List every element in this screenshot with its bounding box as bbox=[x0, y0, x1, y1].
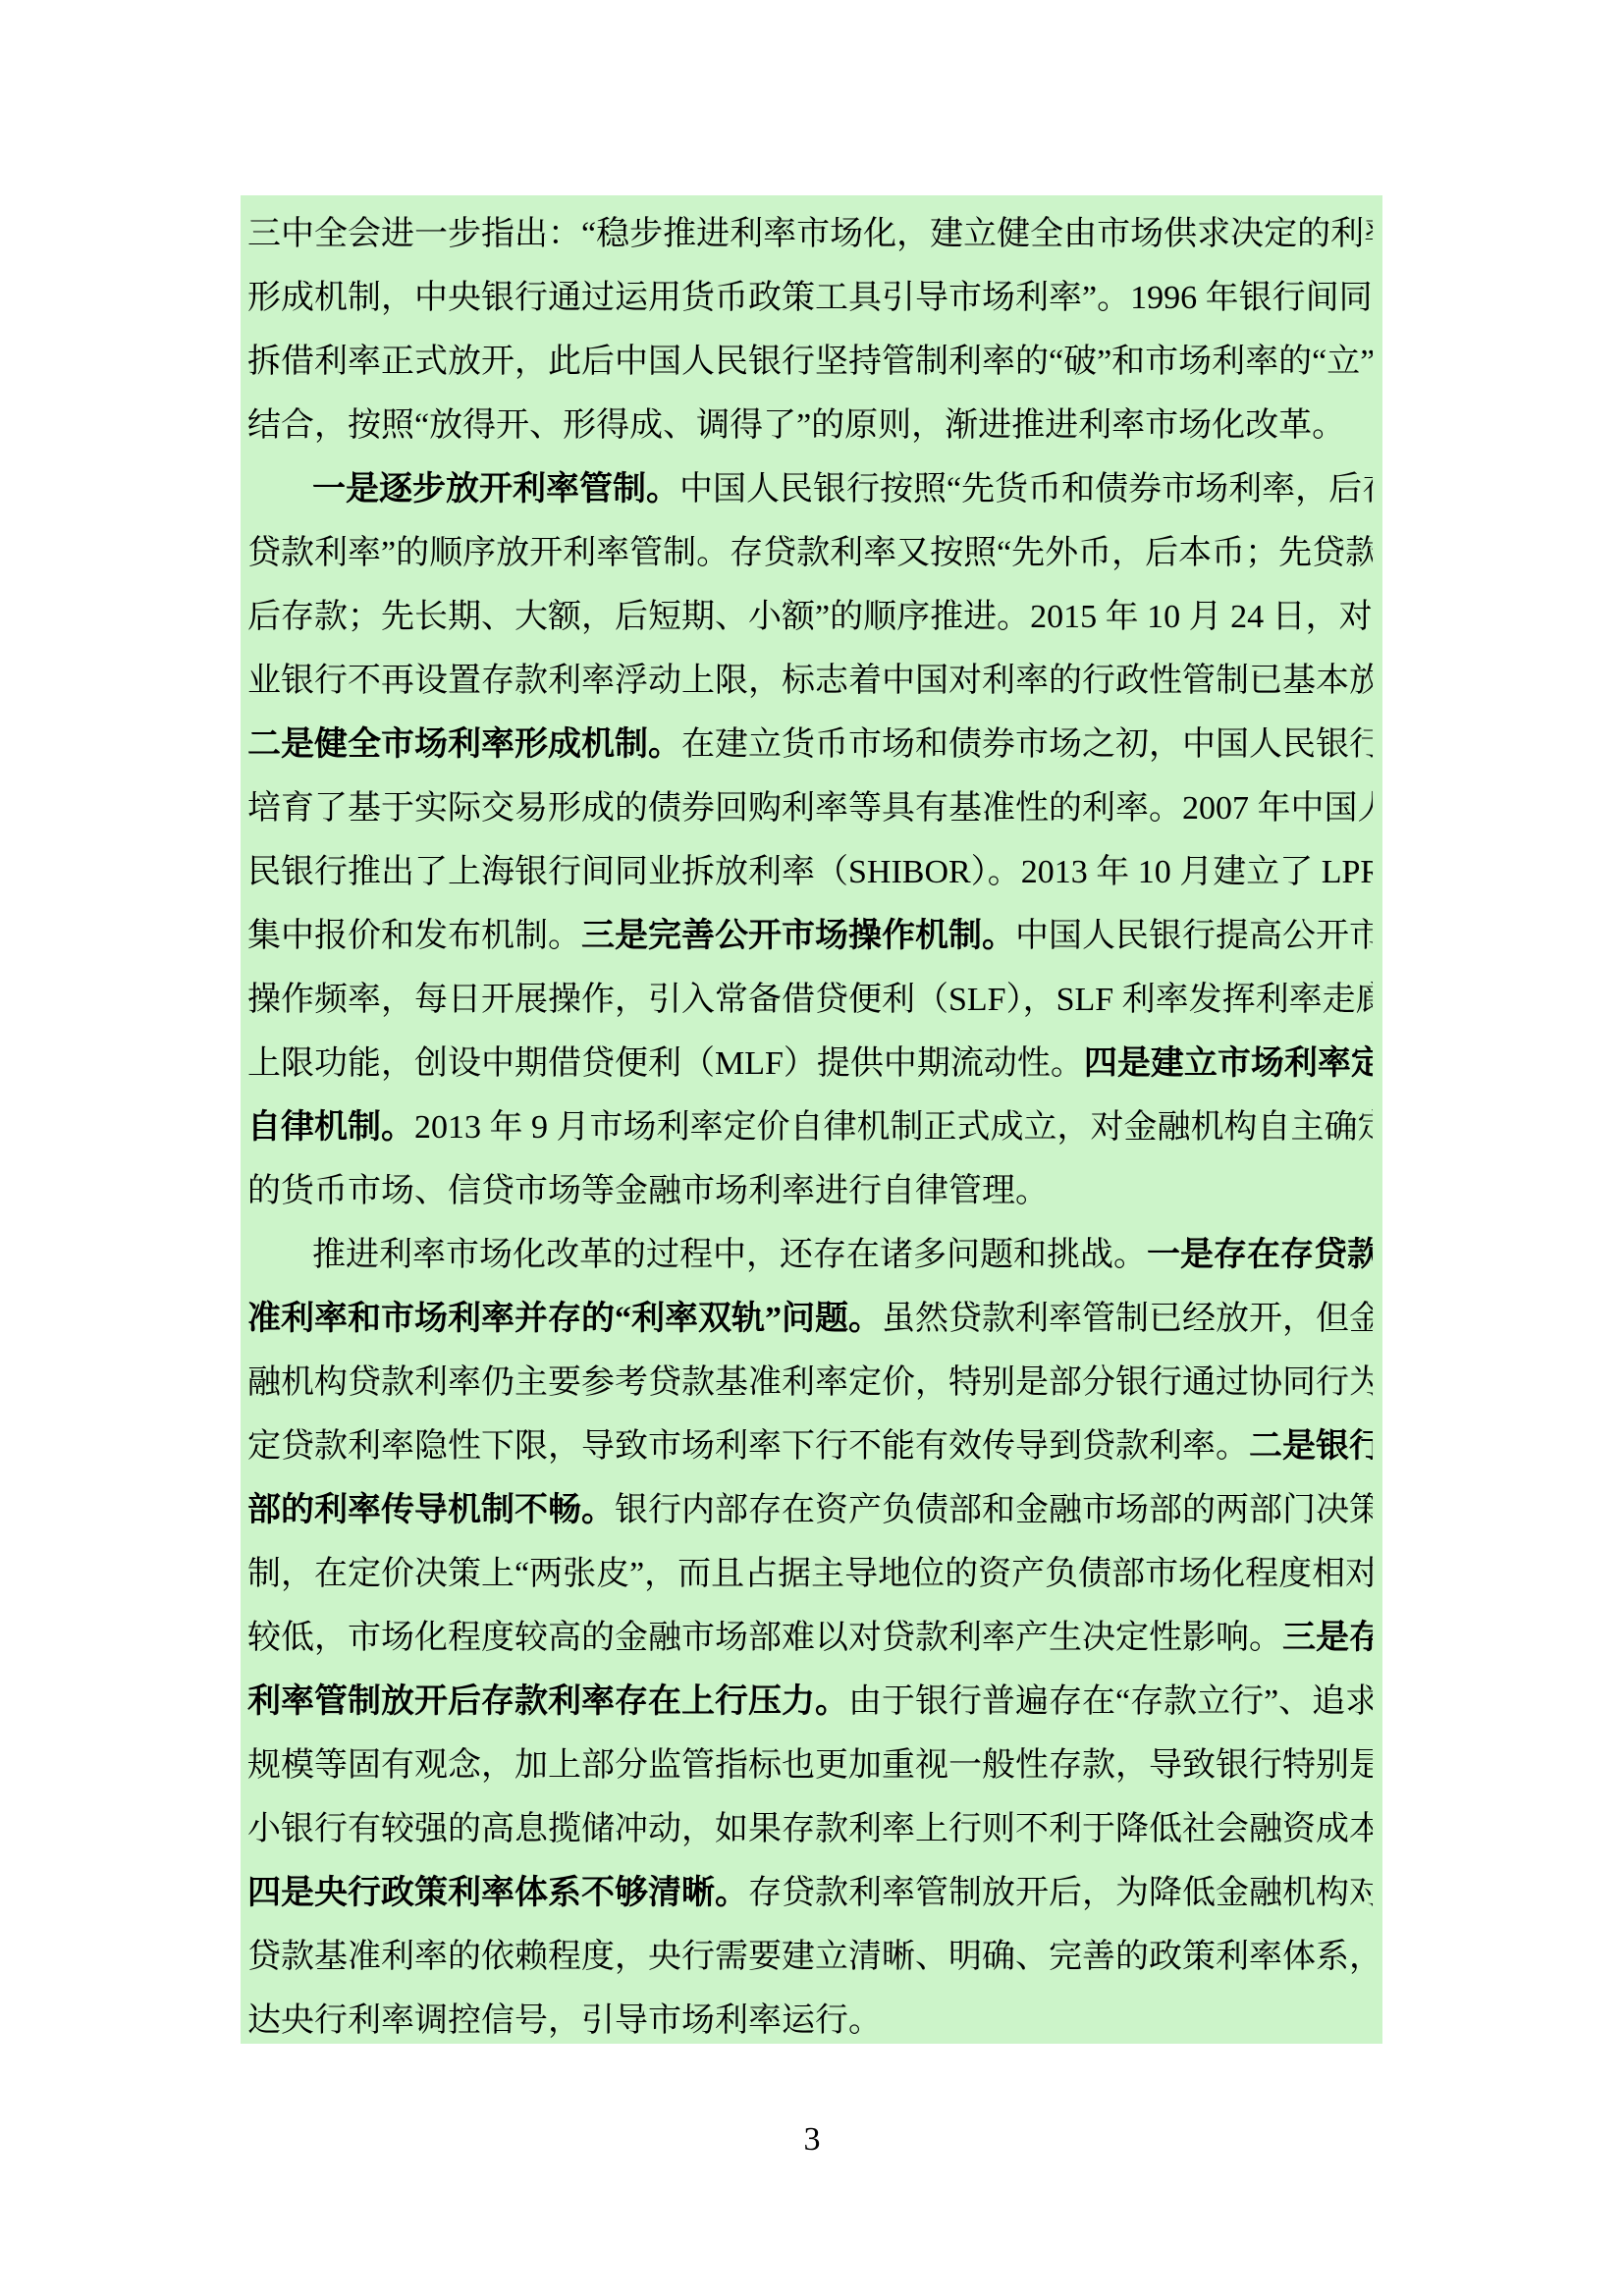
text-segment: 三中全会进一步指出：“稳步推进利率市场化，建立健全由市场供求决定的利率 bbox=[247, 216, 1373, 252]
text-segment: 由于银行普遍存在“存款立行”、追求 bbox=[848, 1683, 1373, 1720]
text-line-22: 制，在定价决策上“两张皮”，而且占据主导地位的资产负债部市场化程度相对 bbox=[247, 1542, 1373, 1606]
text-segment: 中国人民银行提高公开市场 bbox=[1015, 918, 1373, 954]
text-segment: 较低，市场化程度较高的金融市场部难以对贷款利率产生决定性影响。 bbox=[247, 1620, 1282, 1656]
text-segment: 民银行推出了上海银行间同业拆放利率（SHIBOR）。2013 年 10 月建立了… bbox=[247, 854, 1373, 890]
text-segment: 存贷款利率管制放开后，为降低金融机构对存 bbox=[748, 1875, 1373, 1911]
text-segment: 定贷款利率隐性下限，导致市场利率下行不能有效传导到贷款利率。 bbox=[247, 1428, 1249, 1465]
text-line-26: 小银行有较强的高息揽储冲动，如果存款利率上行则不利于降低社会融资成本。 bbox=[247, 1797, 1373, 1861]
text-segment: 制，在定价决策上“两张皮”，而且占据主导地位的资产负债部市场化程度相对 bbox=[247, 1556, 1373, 1592]
text-segment: 达央行利率调控信号，引导市场利率运行。 bbox=[247, 2002, 882, 2039]
bold-text-segment: 四是建立市场利率定价 bbox=[1084, 1045, 1373, 1082]
text-line-8: 业银行不再设置存款利率浮动上限，标志着中国对利率的行政性管制已基本放开。 bbox=[247, 649, 1373, 713]
text-line-11: 民银行推出了上海银行间同业拆放利率（SHIBOR）。2013 年 10 月建立了… bbox=[247, 840, 1373, 904]
text-line-6: 贷款利率”的顺序放开利率管制。存贷款利率又按照“先外币，后本币；先贷款， bbox=[247, 521, 1373, 585]
text-segment: 规模等固有观念，加上部分监管指标也更加重视一般性存款，导致银行特别是中 bbox=[247, 1747, 1373, 1784]
text-line-14: 上限功能，创设中期借贷便利（MLF）提供中期流动性。四是建立市场利率定价 bbox=[247, 1032, 1373, 1095]
text-segment: 结合，按照“放得开、形得成、调得了”的原则，渐进推进利率市场化改革。 bbox=[247, 407, 1345, 444]
text-segment: 上限功能，创设中期借贷便利（MLF）提供中期流动性。 bbox=[247, 1045, 1084, 1082]
bold-text-segment: 自律机制。 bbox=[247, 1109, 414, 1146]
text-segment: 推进利率市场化改革的过程中，还存在诸多问题和挑战。 bbox=[312, 1237, 1147, 1273]
text-segment: 融机构贷款利率仍主要参考贷款基准利率定价，特别是部分银行通过协同行为设 bbox=[247, 1364, 1373, 1401]
text-line-25: 规模等固有观念，加上部分监管指标也更加重视一般性存款，导致银行特别是中 bbox=[247, 1734, 1373, 1797]
text-segment: 培育了基于实际交易形成的债券回购利率等具有基准性的利率。2007 年中国人 bbox=[247, 790, 1373, 827]
text-segment: 的货币市场、信贷市场等金融市场利率进行自律管理。 bbox=[247, 1173, 1049, 1209]
text-line-21: 部的利率传导机制不畅。银行内部存在资产负债部和金融市场部的两部门决策机 bbox=[247, 1478, 1373, 1542]
text-line-2: 形成机制，中央银行通过运用货币政策工具引导市场利率”。1996 年银行间同业 bbox=[247, 266, 1373, 330]
text-line-4: 结合，按照“放得开、形得成、调得了”的原则，渐进推进利率市场化改革。 bbox=[247, 394, 1373, 457]
text-line-10: 培育了基于实际交易形成的债券回购利率等具有基准性的利率。2007 年中国人 bbox=[247, 776, 1373, 840]
text-line-5: 一是逐步放开利率管制。中国人民银行按照“先货币和债券市场利率，后存 bbox=[247, 457, 1373, 521]
text-segment: 小银行有较强的高息揽储冲动，如果存款利率上行则不利于降低社会融资成本。 bbox=[247, 1811, 1373, 1847]
text-segment: 银行内部存在资产负债部和金融市场部的两部门决策机 bbox=[615, 1492, 1373, 1528]
bold-text-segment: 三是完善公开市场操作机制。 bbox=[581, 918, 1015, 954]
text-segment: 集中报价和发布机制。 bbox=[247, 918, 581, 954]
text-line-3: 拆借利率正式放开，此后中国人民银行坚持管制利率的“破”和市场利率的“立”相 bbox=[247, 330, 1373, 394]
bold-text-segment: 三是存款 bbox=[1282, 1620, 1373, 1656]
bold-text-segment: 二是银行内 bbox=[1249, 1428, 1373, 1465]
text-segment: 贷款利率”的顺序放开利率管制。存贷款利率又按照“先外币，后本币；先贷款， bbox=[247, 535, 1373, 571]
document-page: 三中全会进一步指出：“稳步推进利率市场化，建立健全由市场供求决定的利率形成机制，… bbox=[0, 0, 1624, 2296]
bold-text-segment: 一是逐步放开利率管制。 bbox=[312, 471, 679, 507]
text-segment: 形成机制，中央银行通过运用货币政策工具引导市场利率”。1996 年银行间同业 bbox=[247, 280, 1373, 316]
bold-text-segment: 二是健全市场利率形成机制。 bbox=[247, 726, 681, 763]
text-segment: 贷款基准利率的依赖程度，央行需要建立清晰、明确、完善的政策利率体系，传 bbox=[247, 1939, 1373, 1975]
page-footer: 3 bbox=[0, 2120, 1624, 2160]
text-segment: 业银行不再设置存款利率浮动上限，标志着中国对利率的行政性管制已基本放开。 bbox=[247, 663, 1373, 699]
text-line-1: 三中全会进一步指出：“稳步推进利率市场化，建立健全由市场供求决定的利率 bbox=[247, 202, 1373, 266]
bold-text-segment: 部的利率传导机制不畅。 bbox=[247, 1492, 615, 1528]
text-line-16: 的货币市场、信贷市场等金融市场利率进行自律管理。 bbox=[247, 1159, 1373, 1223]
text-line-23: 较低，市场化程度较高的金融市场部难以对贷款利率产生决定性影响。三是存款 bbox=[247, 1606, 1373, 1670]
bold-text-segment: 准利率和市场利率并存的“利率双轨”问题。 bbox=[247, 1301, 882, 1337]
text-line-13: 操作频率，每日开展操作，引入常备借贷便利（SLF），SLF 利率发挥利率走廊 bbox=[247, 968, 1373, 1032]
text-segment: 在建立货币市场和债券市场之初，中国人民银行就 bbox=[681, 726, 1373, 763]
bold-text-segment: 一是存在存贷款基 bbox=[1147, 1237, 1373, 1273]
text-line-19: 融机构贷款利率仍主要参考贷款基准利率定价，特别是部分银行通过协同行为设 bbox=[247, 1351, 1373, 1415]
page-number: 3 bbox=[804, 2121, 821, 2158]
text-line-12: 集中报价和发布机制。三是完善公开市场操作机制。中国人民银行提高公开市场 bbox=[247, 904, 1373, 968]
highlighted-text-block: 三中全会进一步指出：“稳步推进利率市场化，建立健全由市场供求决定的利率形成机制，… bbox=[241, 195, 1382, 2044]
bold-text-segment: 利率管制放开后存款利率存在上行压力。 bbox=[247, 1683, 848, 1720]
text-segment: 后存款；先长期、大额，后短期、小额”的顺序推进。2015 年 10 月 24 日… bbox=[247, 599, 1373, 635]
bold-text-segment: 四是央行政策利率体系不够清晰。 bbox=[247, 1875, 748, 1911]
text-segment: 中国人民银行按照“先货币和债券市场利率，后存 bbox=[679, 471, 1373, 507]
text-line-24: 利率管制放开后存款利率存在上行压力。由于银行普遍存在“存款立行”、追求 bbox=[247, 1670, 1373, 1734]
text-line-28: 贷款基准利率的依赖程度，央行需要建立清晰、明确、完善的政策利率体系，传 bbox=[247, 1925, 1373, 1989]
text-segment: 2013 年 9 月市场利率定价自律机制正式成立，对金融机构自主确定 bbox=[414, 1109, 1373, 1146]
text-line-17: 推进利率市场化改革的过程中，还存在诸多问题和挑战。一是存在存贷款基 bbox=[247, 1223, 1373, 1287]
text-line-9: 二是健全市场利率形成机制。在建立货币市场和债券市场之初，中国人民银行就 bbox=[247, 713, 1373, 776]
text-line-7: 后存款；先长期、大额，后短期、小额”的顺序推进。2015 年 10 月 24 日… bbox=[247, 585, 1373, 649]
text-segment: 拆借利率正式放开，此后中国人民银行坚持管制利率的“破”和市场利率的“立”相 bbox=[247, 344, 1373, 380]
text-line-15: 自律机制。2013 年 9 月市场利率定价自律机制正式成立，对金融机构自主确定 bbox=[247, 1095, 1373, 1159]
text-line-27: 四是央行政策利率体系不够清晰。存贷款利率管制放开后，为降低金融机构对存 bbox=[247, 1861, 1373, 1925]
text-line-29: 达央行利率调控信号，引导市场利率运行。 bbox=[247, 1989, 1373, 2053]
text-segment: 虽然贷款利率管制已经放开，但金 bbox=[882, 1301, 1373, 1337]
text-line-18: 准利率和市场利率并存的“利率双轨”问题。虽然贷款利率管制已经放开，但金 bbox=[247, 1287, 1373, 1351]
text-segment: 操作频率，每日开展操作，引入常备借贷便利（SLF），SLF 利率发挥利率走廊 bbox=[247, 982, 1373, 1018]
text-line-20: 定贷款利率隐性下限，导致市场利率下行不能有效传导到贷款利率。二是银行内 bbox=[247, 1415, 1373, 1478]
